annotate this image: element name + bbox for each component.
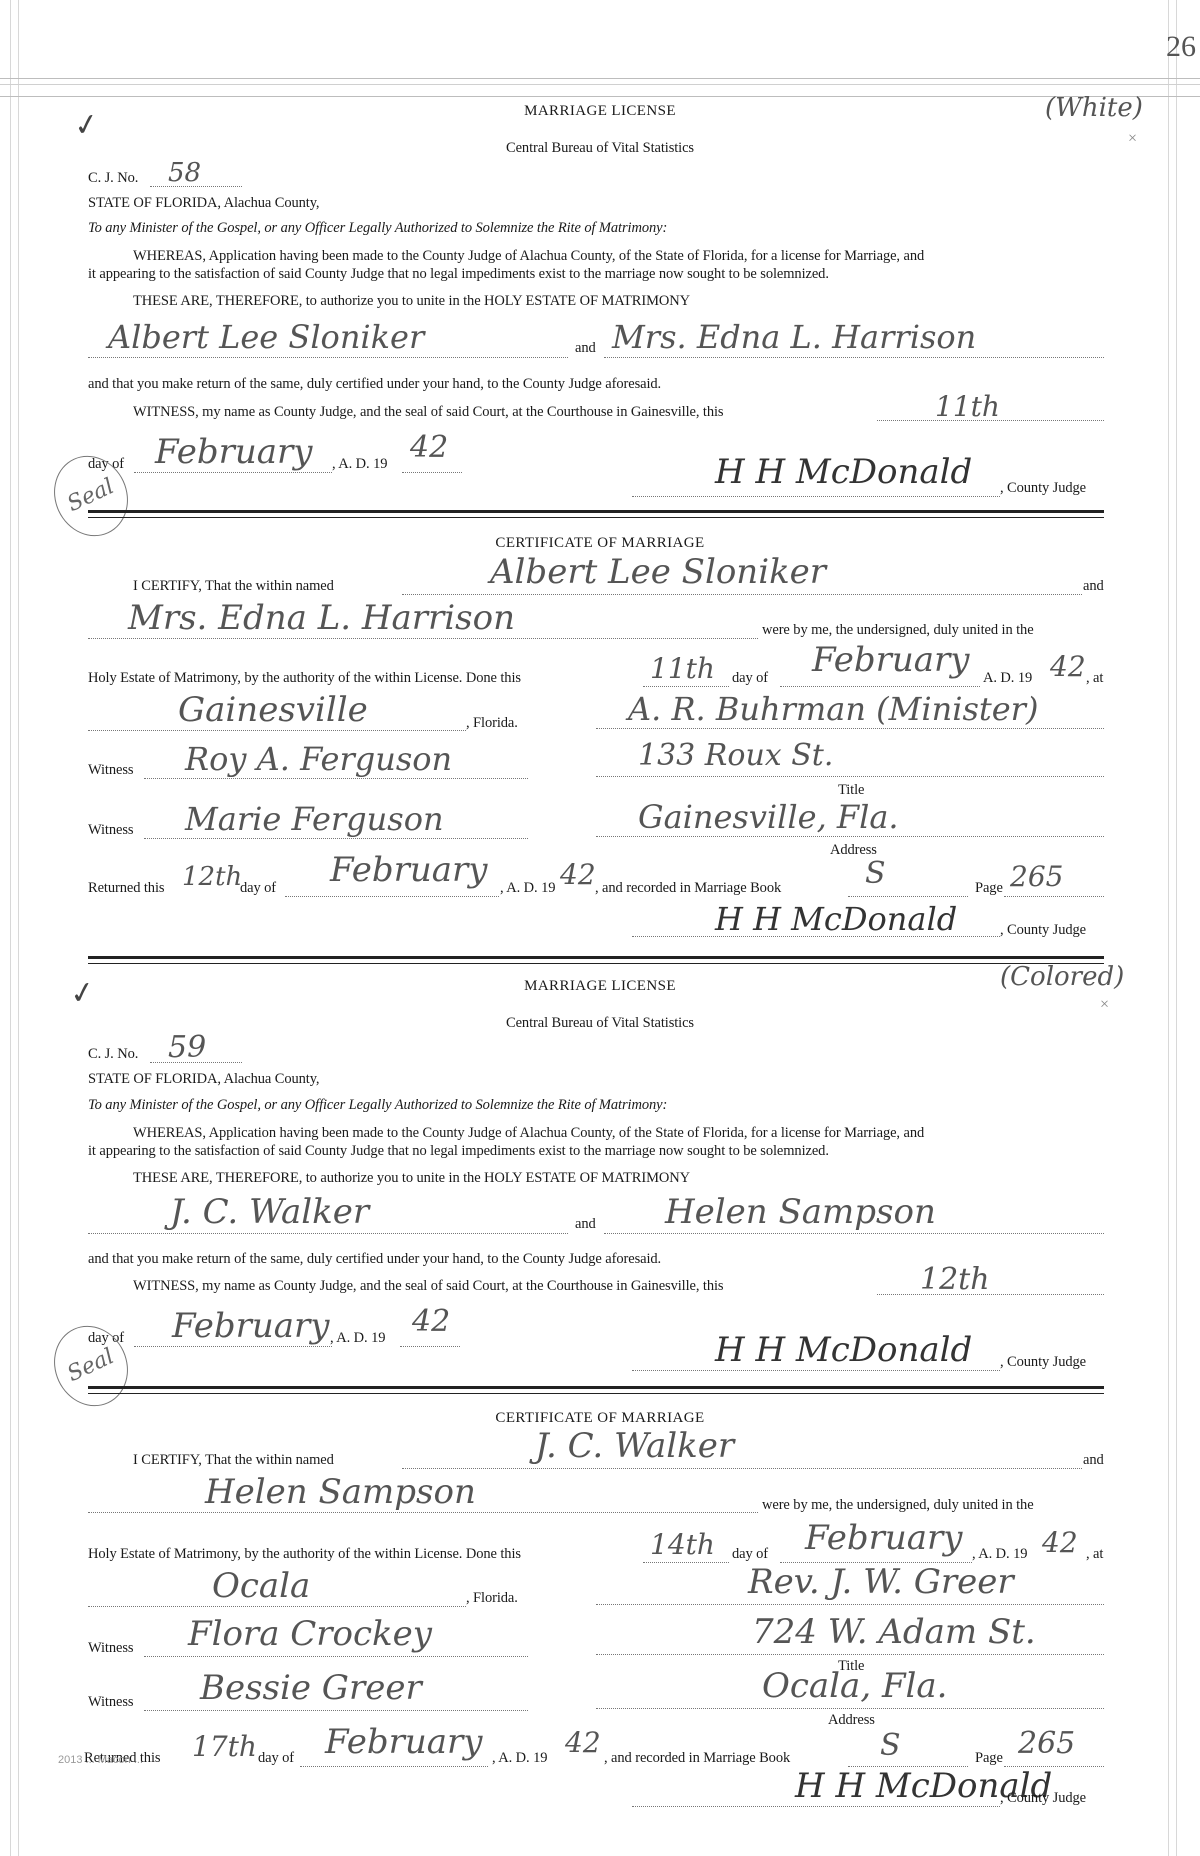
- cert-groom-line: [402, 594, 1082, 595]
- cj-no-label: C. J. No.: [88, 1046, 138, 1063]
- returned-month: February: [325, 1722, 483, 1762]
- officiant-line: [596, 728, 1104, 729]
- return-line: and that you make return of the same, du…: [88, 1251, 661, 1268]
- section-divider: [88, 510, 1104, 518]
- witness-2-line: [144, 838, 528, 839]
- judge-signature: H H McDonald: [715, 1330, 972, 1370]
- day-of-label: day of: [258, 1750, 294, 1767]
- ad-label: , A. D. 19: [500, 880, 555, 897]
- page-label: Page: [975, 1750, 1003, 1767]
- page-line: [1004, 896, 1104, 897]
- done-month: February: [805, 1518, 963, 1558]
- judge-signature: H H McDonald: [715, 900, 957, 938]
- cert-groom-line: [402, 1468, 1082, 1469]
- done-month: February: [812, 640, 970, 680]
- archive-watermark: 2013 ... Macon ...: [58, 1754, 143, 1766]
- groom-name: Albert Lee Sloniker: [108, 318, 424, 356]
- place-line: [88, 730, 466, 731]
- whereas-line-2: it appearing to the satisfaction of said…: [88, 266, 829, 283]
- bride-line: [604, 1233, 1104, 1234]
- day-of-label: day of: [732, 1546, 768, 1563]
- witness-1-line: [144, 1656, 528, 1657]
- whereas-line-2: it appearing to the satisfaction of said…: [88, 1143, 829, 1160]
- address-line: To any Minister of the Gospel, or any Of…: [88, 1097, 667, 1114]
- florida-label: , Florida.: [466, 1590, 518, 1607]
- month-line: [134, 472, 332, 473]
- certify-label: I CERTIFY, That the within named: [133, 1452, 334, 1469]
- done-month-line: [780, 686, 980, 687]
- returned-day: 17th: [192, 1730, 257, 1763]
- section-divider: [88, 1386, 1104, 1394]
- county-judge-label: , County Judge: [1000, 480, 1086, 497]
- returned-month-line: [300, 1766, 488, 1767]
- cert-bride-line: [88, 638, 758, 639]
- address-value: Ocala, Fla.: [762, 1666, 948, 1706]
- title-line: [596, 776, 1104, 777]
- done-day: 11th: [650, 652, 715, 685]
- license-subtitle: Central Bureau of Vital Statistics: [0, 140, 1200, 157]
- at-label: , at: [1086, 1546, 1103, 1563]
- judge-signature-line: [632, 496, 1000, 497]
- book-line: [848, 896, 968, 897]
- license-month: February: [172, 1306, 330, 1346]
- race-annotation: (White): [1045, 93, 1143, 123]
- witness-2: Bessie Greer: [200, 1668, 422, 1708]
- returned-month-line: [285, 896, 499, 897]
- title-line: [596, 1654, 1104, 1655]
- bride-name: Helen Sampson: [665, 1192, 936, 1232]
- witness-2-label: Witness: [88, 822, 133, 839]
- address-line: To any Minister of the Gospel, or any Of…: [88, 220, 667, 237]
- florida-label: , Florida.: [466, 715, 518, 732]
- certify-label: I CERTIFY, That the within named: [133, 578, 334, 595]
- scan-header-line: [0, 96, 1200, 97]
- recorded-label: , and recorded in Marriage Book: [604, 1750, 790, 1767]
- day-of-label: day of: [732, 670, 768, 687]
- recorded-label: , and recorded in Marriage Book: [595, 880, 781, 897]
- year-line: [400, 1346, 460, 1347]
- address-line: [596, 836, 1104, 837]
- court-seal: Seal: [41, 1314, 141, 1419]
- holy-estate-label: Holy Estate of Matrimony, by the authori…: [88, 1546, 521, 1563]
- ad-label: A. D. 19: [983, 670, 1032, 687]
- return-line: and that you make return of the same, du…: [88, 376, 661, 393]
- title-label: Title: [838, 782, 864, 799]
- ad-label: , A. D. 19: [330, 1330, 385, 1347]
- book-page: 265: [1010, 860, 1063, 893]
- cj-no-label: C. J. No.: [88, 170, 138, 187]
- and-label: and: [575, 1216, 596, 1233]
- state-line: STATE OF FLORIDA, Alachua County,: [88, 1071, 319, 1088]
- license-day: 11th: [935, 390, 1000, 423]
- witness-line: WITNESS, my name as County Judge, and th…: [133, 404, 723, 421]
- court-seal: Seal: [41, 444, 141, 549]
- cj-no-value: 58: [168, 158, 201, 188]
- returned-label: Returned this: [88, 880, 164, 897]
- united-label: were by me, the undersigned, duly united…: [762, 622, 1034, 639]
- officiant-line: [596, 1604, 1104, 1605]
- therefore-line: THESE ARE, THEREFORE, to authorize you t…: [133, 1170, 690, 1187]
- bride-line: [604, 357, 1104, 358]
- at-label: , at: [1086, 670, 1103, 687]
- witness-1-label: Witness: [88, 1640, 133, 1657]
- cert-bride: Mrs. Edna L. Harrison: [128, 598, 515, 638]
- done-day-line: [643, 686, 729, 687]
- returned-day: 12th: [182, 862, 242, 892]
- place: Gainesville: [178, 690, 368, 730]
- scan-margin-line: [10, 0, 11, 1856]
- judge-signature: H H McDonald: [715, 452, 972, 492]
- county-judge-label: , County Judge: [1000, 922, 1086, 939]
- scan-margin-line: [18, 0, 19, 1856]
- bride-name: Mrs. Edna L. Harrison: [612, 318, 976, 356]
- scan-header-line: [0, 78, 1200, 79]
- cert-bride-line: [88, 1512, 758, 1513]
- license-title: MARRIAGE LICENSE: [0, 103, 1200, 120]
- done-day-line: [643, 1562, 729, 1563]
- license-year: 42: [410, 430, 448, 465]
- judge-signature-line: [632, 1806, 1000, 1807]
- witness-1-label: Witness: [88, 762, 133, 779]
- year-line: [402, 472, 462, 473]
- page-label: Page: [975, 880, 1003, 897]
- title-value: 724 W. Adam St.: [752, 1612, 1036, 1652]
- united-label: were by me, the undersigned, duly united…: [762, 1497, 1034, 1514]
- month-line: [134, 1346, 332, 1347]
- license-day: 12th: [920, 1262, 990, 1297]
- returned-year: 42: [565, 1726, 601, 1759]
- day-of-label: day of: [240, 880, 276, 897]
- cert-bride: Helen Sampson: [205, 1472, 476, 1512]
- address-value: Gainesville, Fla.: [638, 798, 899, 836]
- record-page: 26 ✓ MARRIAGE LICENSE (White) × Central …: [0, 0, 1200, 1856]
- cert-groom: Albert Lee Sloniker: [490, 552, 826, 592]
- groom-name: J. C. Walker: [170, 1192, 369, 1232]
- done-year: 42: [1050, 650, 1086, 683]
- ad-label: , A. D. 19: [492, 1750, 547, 1767]
- witness-1: Roy A. Ferguson: [185, 740, 452, 778]
- returned-year: 42: [560, 858, 596, 891]
- done-day: 14th: [650, 1528, 715, 1561]
- returned-month: February: [330, 850, 488, 890]
- x-mark-icon: ×: [1100, 996, 1109, 1014]
- page-number: 26: [1166, 30, 1196, 64]
- witness-2-line: [144, 1710, 528, 1711]
- scan-margin-line: [1168, 0, 1169, 1856]
- and-label: and: [575, 340, 596, 357]
- address-label: Address: [828, 1712, 875, 1729]
- done-year: 42: [1042, 1526, 1078, 1559]
- county-judge-label: , County Judge: [1000, 1354, 1086, 1371]
- race-annotation: (Colored): [1000, 962, 1124, 992]
- license-year: 42: [412, 1304, 450, 1339]
- scan-header-line: [0, 84, 1200, 85]
- section-divider: [88, 956, 1104, 964]
- witness-1: Flora Crockey: [188, 1614, 432, 1654]
- whereas-line-1: WHEREAS, Application having been made to…: [133, 1125, 924, 1142]
- witness-line: WITNESS, my name as County Judge, and th…: [133, 1278, 723, 1295]
- license-month: February: [155, 432, 313, 472]
- witness-2: Marie Ferguson: [185, 800, 444, 838]
- holy-estate-label: Holy Estate of Matrimony, by the authori…: [88, 670, 521, 687]
- county-judge-label: , County Judge: [1000, 1790, 1086, 1807]
- scan-margin-line: [1176, 0, 1177, 1856]
- place-line: [88, 1606, 466, 1607]
- book-page: 265: [1018, 1726, 1075, 1761]
- certificate-title: CERTIFICATE OF MARRIAGE: [0, 1410, 1200, 1427]
- whereas-line-1: WHEREAS, Application having been made to…: [133, 248, 924, 265]
- cert-groom: J. C. Walker: [535, 1426, 734, 1466]
- marriage-book: S: [865, 856, 886, 891]
- officiant: Rev. J. W. Greer: [748, 1562, 1014, 1602]
- place: Ocala: [212, 1566, 310, 1606]
- witness-2-label: Witness: [88, 1694, 133, 1711]
- therefore-line: THESE ARE, THEREFORE, to authorize you t…: [133, 293, 690, 310]
- officiant: A. R. Buhrman (Minister): [628, 690, 1038, 728]
- address-line: [596, 1708, 1104, 1709]
- day-line: [877, 1294, 1104, 1295]
- groom-line: [88, 1233, 568, 1234]
- cj-no-value: 59: [168, 1030, 206, 1065]
- witness-1-line: [144, 778, 528, 779]
- and-label: and: [1083, 578, 1104, 595]
- marriage-book: S: [880, 1728, 901, 1763]
- ad-label: , A. D. 19: [332, 456, 387, 473]
- state-line: STATE OF FLORIDA, Alachua County,: [88, 195, 319, 212]
- groom-line: [88, 357, 568, 358]
- certificate-title: CERTIFICATE OF MARRIAGE: [0, 535, 1200, 552]
- and-label: and: [1083, 1452, 1104, 1469]
- title-value: 133 Roux St.: [638, 738, 833, 773]
- ad-label: , A. D. 19: [972, 1546, 1027, 1563]
- judge-signature-line: [632, 1370, 1000, 1371]
